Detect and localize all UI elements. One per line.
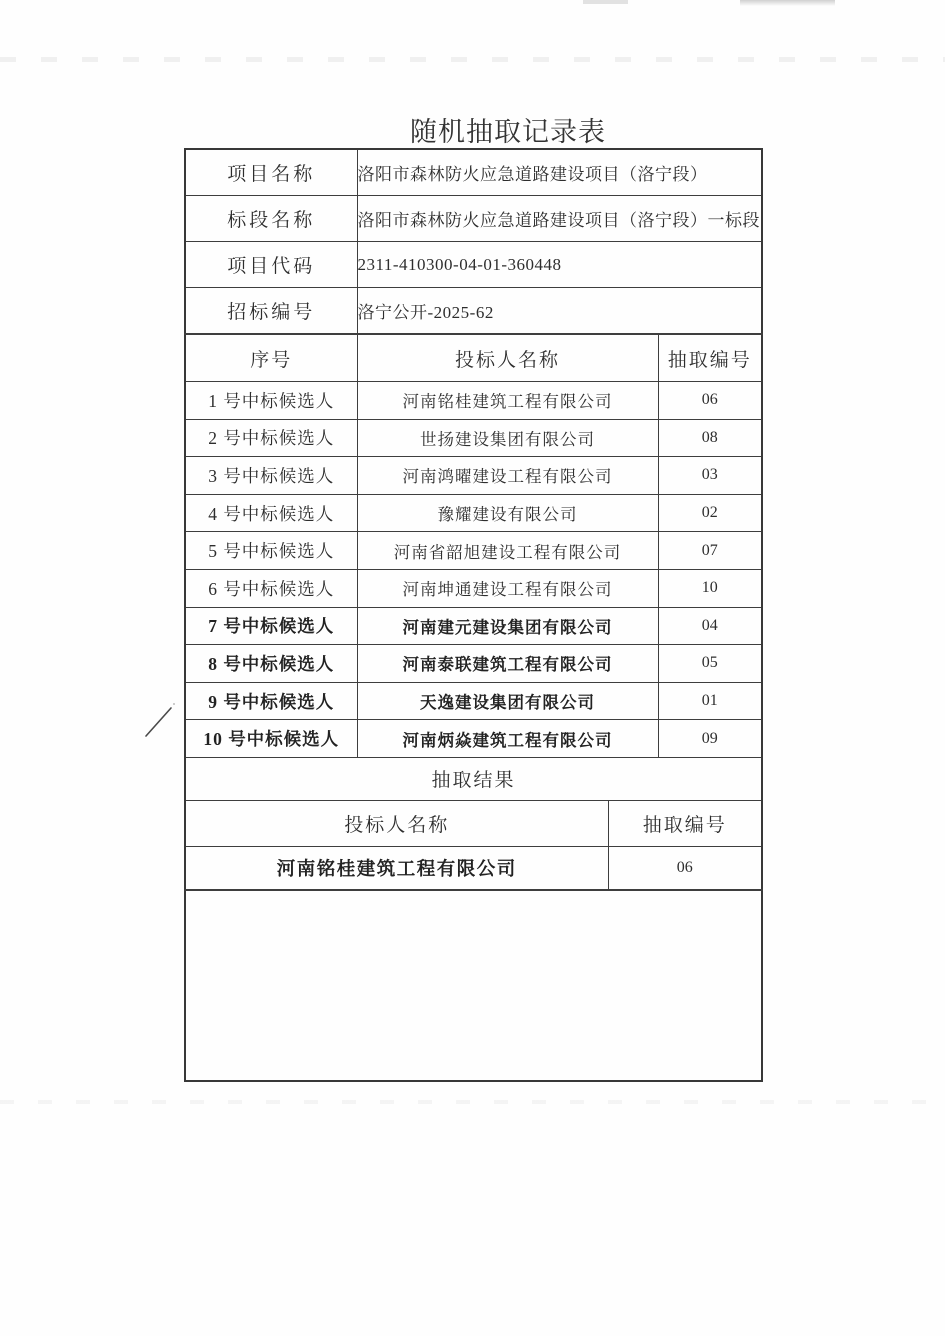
result-section-title: 抽取结果 <box>185 757 762 800</box>
result-number-cell: 06 <box>608 846 762 890</box>
result-header-row: 投标人名称 抽取编号 <box>185 800 762 846</box>
candidate-row: 6 号中标候选人 河南坤通建设工程有限公司 10 <box>185 569 762 607</box>
candidates-header-row: 序号 投标人名称 抽取编号 <box>185 334 762 382</box>
candidate-number-cell: 01 <box>658 682 762 720</box>
info-row-tender-number: 招标编号 洛宁公开-2025-62 <box>185 288 762 335</box>
candidate-number-cell: 08 <box>658 419 762 457</box>
candidate-number-cell: 09 <box>658 720 762 758</box>
candidate-bidder-cell: 河南鸿曜建设工程有限公司 <box>357 457 658 495</box>
info-label: 招标编号 <box>185 288 357 335</box>
info-row-project-code: 项目代码 2311-410300-04-01-360448 <box>185 242 762 288</box>
candidate-bidder-cell: 世扬建设集团有限公司 <box>357 419 658 457</box>
pen-slash-mark <box>138 695 184 747</box>
candidate-bidder-cell: 河南建元建设集团有限公司 <box>357 607 658 645</box>
candidate-row: 10 号中标候选人 河南炳焱建筑工程有限公司 09 <box>185 720 762 758</box>
candidate-row: 1 号中标候选人 河南铭桂建筑工程有限公司 06 <box>185 382 762 420</box>
candidate-bidder-cell: 河南坤通建设工程有限公司 <box>357 569 658 607</box>
result-header-number: 抽取编号 <box>608 800 762 846</box>
info-value: 洛阳市森林防火应急道路建设项目（洛宁段） <box>357 149 762 196</box>
candidate-row: 7 号中标候选人 河南建元建设集团有限公司 04 <box>185 607 762 645</box>
info-row-section-name: 标段名称 洛阳市森林防火应急道路建设项目（洛宁段）一标段 <box>185 196 762 242</box>
candidate-seq-cell: 4 号中标候选人 <box>185 494 357 532</box>
info-label: 项目名称 <box>185 149 357 196</box>
result-section-title-row: 抽取结果 <box>185 757 762 800</box>
candidate-seq-cell: 2 号中标候选人 <box>185 419 357 457</box>
candidate-number-cell: 06 <box>658 382 762 420</box>
candidate-bidder-cell: 豫耀建设有限公司 <box>357 494 658 532</box>
scanned-document-page: 随机抽取记录表 项目名称 洛阳市森林防火应急道路建设项目（洛宁段） 标段名称 洛… <box>0 0 945 1336</box>
candidate-seq-cell: 9 号中标候选人 <box>185 682 357 720</box>
candidate-seq-cell: 6 号中标候选人 <box>185 569 357 607</box>
scan-smudge-top-1 <box>583 0 628 4</box>
header-number: 抽取编号 <box>658 334 762 382</box>
result-bidder-cell: 河南铭桂建筑工程有限公司 <box>185 846 608 890</box>
candidate-row: 2 号中标候选人 世扬建设集团有限公司 08 <box>185 419 762 457</box>
result-header-bidder: 投标人名称 <box>185 800 608 846</box>
info-label: 项目代码 <box>185 242 357 288</box>
candidate-bidder-cell: 河南泰联建筑工程有限公司 <box>357 645 658 683</box>
candidate-bidder-cell: 河南省韶旭建设工程有限公司 <box>357 532 658 570</box>
empty-notes-row <box>185 890 762 1081</box>
info-row-project-name: 项目名称 洛阳市森林防火应急道路建设项目（洛宁段） <box>185 149 762 196</box>
candidate-bidder-cell: 河南炳焱建筑工程有限公司 <box>357 720 658 758</box>
candidate-seq-cell: 7 号中标候选人 <box>185 607 357 645</box>
scan-noise-strip-top <box>0 57 945 62</box>
document-title: 随机抽取记录表 <box>410 110 606 149</box>
candidate-row: 3 号中标候选人 河南鸿曜建设工程有限公司 03 <box>185 457 762 495</box>
candidate-row: 5 号中标候选人 河南省韶旭建设工程有限公司 07 <box>185 532 762 570</box>
scan-noise-strip-bottom <box>0 1100 945 1104</box>
candidate-row: 8 号中标候选人 河南泰联建筑工程有限公司 05 <box>185 645 762 683</box>
candidate-number-cell: 10 <box>658 569 762 607</box>
candidate-seq-cell: 5 号中标候选人 <box>185 532 357 570</box>
candidate-bidder-cell: 河南铭桂建筑工程有限公司 <box>357 382 658 420</box>
candidate-number-cell: 05 <box>658 645 762 683</box>
candidate-seq-cell: 10 号中标候选人 <box>185 720 357 758</box>
candidate-number-cell: 07 <box>658 532 762 570</box>
candidate-number-cell: 04 <box>658 607 762 645</box>
candidate-number-cell: 02 <box>658 494 762 532</box>
candidate-bidder-cell: 天逸建设集团有限公司 <box>357 682 658 720</box>
candidate-seq-cell: 3 号中标候选人 <box>185 457 357 495</box>
candidate-seq-cell: 1 号中标候选人 <box>185 382 357 420</box>
record-table: 项目名称 洛阳市森林防火应急道路建设项目（洛宁段） 标段名称 洛阳市森林防火应急… <box>184 148 763 1082</box>
candidate-seq-cell: 8 号中标候选人 <box>185 645 357 683</box>
info-value: 2311-410300-04-01-360448 <box>357 242 762 288</box>
header-seq: 序号 <box>185 334 357 382</box>
scan-smudge-top-2 <box>740 0 835 6</box>
candidate-row: 9 号中标候选人 天逸建设集团有限公司 01 <box>185 682 762 720</box>
candidate-row: 4 号中标候选人 豫耀建设有限公司 02 <box>185 494 762 532</box>
info-value: 洛宁公开-2025-62 <box>357 288 762 335</box>
candidate-number-cell: 03 <box>658 457 762 495</box>
info-label: 标段名称 <box>185 196 357 242</box>
header-bidder: 投标人名称 <box>357 334 658 382</box>
result-row: 河南铭桂建筑工程有限公司 06 <box>185 846 762 890</box>
empty-notes-cell <box>185 890 762 1081</box>
info-value: 洛阳市森林防火应急道路建设项目（洛宁段）一标段 <box>357 196 762 242</box>
